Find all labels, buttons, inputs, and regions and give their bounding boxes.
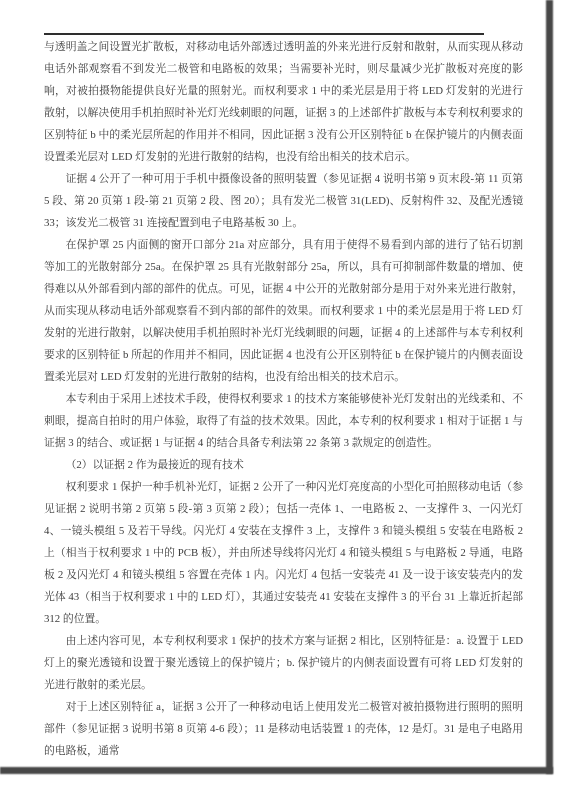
header-separator-rule: [44, 33, 484, 35]
paragraph: 本专利由于采用上述技术手段，使得权利要求 1 的技术方案能够使补光灯发射出的光线…: [44, 388, 523, 454]
paragraph: 在保护罩 25 内面侧的窗开口部分 21a 对应部分，具有用于使得不易看到内部的…: [44, 234, 523, 388]
body-text: 与透明盖之间设置光扩散板，对移动电话外部透过透明盖的外来光进行反射和散射，从而实…: [44, 36, 523, 762]
paragraph: （2）以证据 2 作为最接近的现有技术: [44, 454, 523, 476]
paragraph: 对于上述区别特征 a，证据 3 公开了一种移动电话上使用发光二极管对被拍摄物进行…: [44, 696, 523, 762]
paragraph: 与透明盖之间设置光扩散板，对移动电话外部透过透明盖的外来光进行反射和散射，从而实…: [44, 36, 523, 168]
paragraph: 权利要求 1 保护一种手机补光灯，证据 2 公开了一种闪光灯亮度高的小型化可拍照…: [44, 476, 523, 630]
document-page: 与透明盖之间设置光扩散板，对移动电话外部透过透明盖的外来光进行反射和散射，从而实…: [0, 0, 565, 800]
scan-edge-shadow-bottom: [0, 767, 553, 774]
scan-edge-shadow-right: [546, 0, 553, 774]
paragraph: 证据 4 公开了一种可用于手机中摄像设备的照明装置（参见证据 4 说明书第 9 …: [44, 168, 523, 234]
paragraph: 由上述内容可见，本专利权利要求 1 保护的技术方案与证据 2 相比，区别特征是：…: [44, 630, 523, 696]
